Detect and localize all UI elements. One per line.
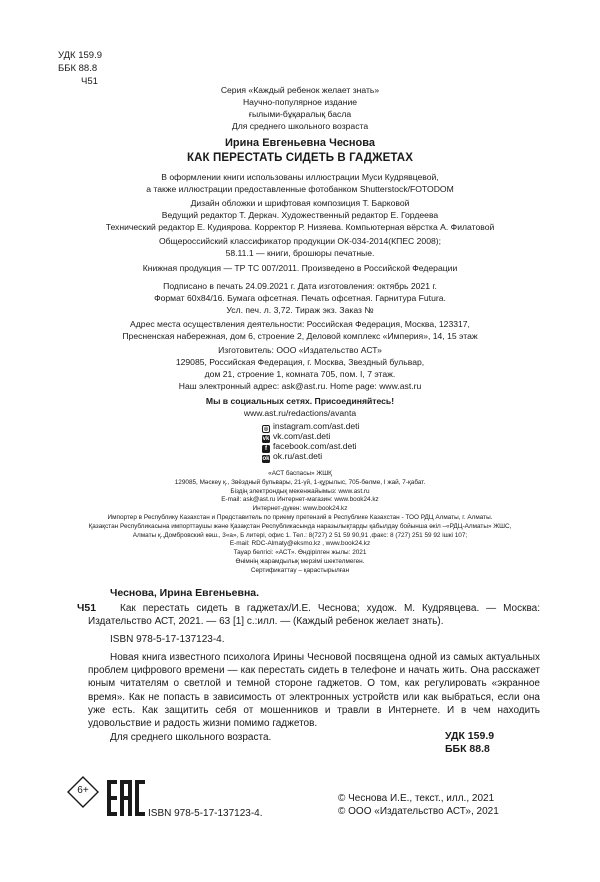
footer-isbn: ISBN 978-5-17-137123-4. <box>148 808 263 819</box>
address-line: Адрес места осуществления деятельности: … <box>0 318 600 330</box>
kz-line: Біздің электрондық мекенжайымыз: www.ast… <box>0 488 600 497</box>
book-author: Ирина Евгеньевна Чеснова <box>0 137 600 150</box>
classification-codes: УДК 159.9 ББК 88.8 Ч51 <box>58 49 102 88</box>
age-rating-badge: 6+ <box>67 776 99 808</box>
catalog-author-heading: Чеснова, Ирина Евгеньевна. <box>110 587 259 599</box>
activity-address: Адрес места осуществления деятельности: … <box>0 318 600 342</box>
print-info: Подписано в печать 24.09.2021 г. Дата из… <box>0 280 600 316</box>
manufacturer-line: 129085, Российская Федерация, г. Москва,… <box>0 356 600 368</box>
illustrations-credit: В оформлении книги использованы иллюстра… <box>0 171 600 195</box>
series-line: Научно-популярное издание <box>0 96 600 108</box>
print-line: Усл. печ. л. 3,72. Тираж экз. Заказ № <box>0 304 600 316</box>
classifier-line: Общероссийский классификатор продукции О… <box>0 235 600 247</box>
social-link-ok[interactable]: okok.ru/ast.deti <box>262 451 322 463</box>
copyright-block: © Чеснова И.Е., текст., илл., 2021 © ООО… <box>338 792 499 818</box>
kz-line: «АСТ баспасы» ЖШҚ <box>0 470 600 479</box>
credit-line: Дизайн обложки и шрифтовая композиция Т.… <box>0 197 600 209</box>
manufacturer-line: Наш электронный адрес: ask@ast.ru. Home … <box>0 380 600 392</box>
product-classifier: Общероссийский классификатор продукции О… <box>0 235 600 259</box>
copyright-line: © Чеснова И.Е., текст., илл., 2021 <box>338 792 499 805</box>
staff-credits: Дизайн обложки и шрифтовая композиция Т.… <box>0 197 600 233</box>
catalog-card-body: Как перестать сидеть в гаджетах/И.Е. Чес… <box>88 602 540 744</box>
classifier-line: 58.11.1 — книги, брошюры печатные. <box>0 247 600 259</box>
product-compliance: Книжная продукция — ТР ТС 007/2011. Прои… <box>0 262 600 274</box>
udk-code: УДК 159.9 <box>58 49 102 62</box>
kz-line: Өнімнің жарамдылық мерзімі шектелмеген. <box>0 558 600 567</box>
book-title: КАК ПЕРЕСТАТЬ СИДЕТЬ В ГАДЖЕТАХ <box>0 151 600 165</box>
ok-icon: ok <box>262 455 270 463</box>
kz-line: Сертификаттау – қарастырылған <box>0 567 600 576</box>
eac-mark-icon <box>107 780 145 816</box>
kz-line: Алматы қ.,Домбровский көш., 3«а», Б лите… <box>0 532 600 541</box>
illustrations-line: В оформлении книги использованы иллюстра… <box>0 171 600 183</box>
kz-line: E-mail: ask@ast.ru Интернет-магазин: www… <box>0 496 600 505</box>
series-block: Серия «Каждый ребенок желает знать» Науч… <box>0 84 600 132</box>
print-line: Подписано в печать 24.09.2021 г. Дата из… <box>0 280 600 292</box>
kz-line: Импортер в Республику Казахстан и Предст… <box>0 514 600 523</box>
social-heading: Мы в социальных сетях. Присоединяйтесь! <box>0 395 600 407</box>
catalog-isbn: ISBN 978-5-17-137123-4. <box>88 633 540 646</box>
social-link-text: vk.com/ast.deti <box>273 431 330 441</box>
social-link-text: ok.ru/ast.deti <box>273 451 322 461</box>
catalog-codes: УДК 159.9 ББК 88.8 <box>445 730 494 756</box>
illustrations-line: а также иллюстрации предоставленные фото… <box>0 183 600 195</box>
kazakh-publisher-block: «АСТ баспасы» ЖШҚ 129085, Мәскеу қ., Звё… <box>0 470 600 576</box>
social-link-text: facebook.com/ast.deti <box>273 441 357 451</box>
series-line: ғылыми-бұқаралық басла <box>0 108 600 120</box>
social-link-text: instagram.com/ast.deti <box>273 421 359 431</box>
social-site-link[interactable]: www.ast.ru/redactions/avanta <box>0 407 600 419</box>
address-line: Пресненская набережная, дом 6, строение … <box>0 330 600 342</box>
catalog-annotation: Новая книга известного психолога Ирины Ч… <box>88 651 540 731</box>
age-rating-text: 6+ <box>67 785 99 796</box>
catalog-bbk: ББК 88.8 <box>445 743 494 756</box>
credit-line: Технический редактор Е. Кудиярова. Корре… <box>0 221 600 233</box>
copyright-line: © ООО «Издательство АСТ», 2021 <box>338 805 499 818</box>
credit-line: Ведущий редактор Т. Деркач. Художественн… <box>0 209 600 221</box>
series-line: Серия «Каждый ребенок желает знать» <box>0 84 600 96</box>
kz-line: Қазақстан Республикасына импорттаушы жән… <box>0 523 600 532</box>
kz-line: 129085, Мәскеу қ., Звёздный бульвары, 21… <box>0 479 600 488</box>
manufacturer-info: Изготовитель: ООО «Издательство АСТ» 129… <box>0 344 600 392</box>
bbk-code: ББК 88.8 <box>58 62 102 75</box>
print-line: Формат 60x84/16. Бумага офсетная. Печать… <box>0 292 600 304</box>
catalog-udk: УДК 159.9 <box>445 730 494 743</box>
manufacturer-line: дом 21, строение 1, комната 705, пом. I,… <box>0 368 600 380</box>
kz-line: Тауар белгісі: «АСТ». Өндірілген жылы: 2… <box>0 549 600 558</box>
kz-line: E-mail: RDC-Almaty@eksmo.kz , www.book24… <box>0 540 600 549</box>
catalog-description: Как перестать сидеть в гаджетах/И.Е. Чес… <box>88 602 540 629</box>
manufacturer-line: Изготовитель: ООО «Издательство АСТ» <box>0 344 600 356</box>
kz-line: Интернет-дүкен: www.book24.kz <box>0 505 600 514</box>
series-line: Для среднего школьного возраста <box>0 120 600 132</box>
